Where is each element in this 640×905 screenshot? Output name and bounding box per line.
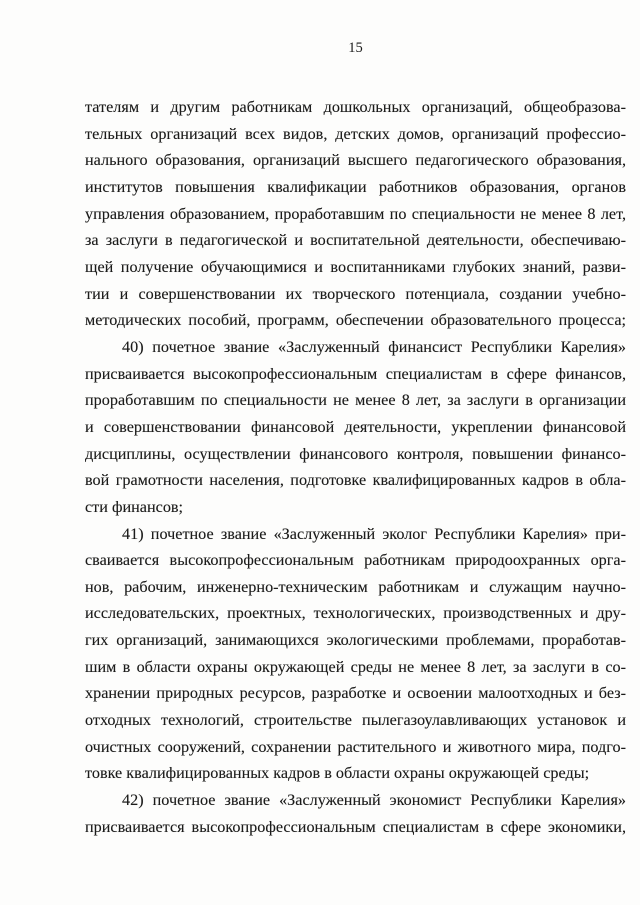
text-line: присваивается высокопрофессиональным спе… <box>85 361 626 388</box>
document-text: тателям и другим работникам дошкольных о… <box>85 94 626 840</box>
text-line: 41) почетное звание «Заслуженный эколог … <box>85 521 626 548</box>
text-line: исследовательских, проектных, технологич… <box>85 600 626 627</box>
page-number: 15 <box>85 40 626 57</box>
text-line: методических пособий, программ, обеспече… <box>85 307 626 334</box>
text-line: нов, рабочим, инженерно-техническим рабо… <box>85 574 626 601</box>
text-line: шим в области охраны окружающей среды не… <box>85 654 626 681</box>
text-line: вой грамотности населения, подготовке кв… <box>85 467 626 494</box>
text-line: тии и совершенствовании их творческого п… <box>85 281 626 308</box>
text-line: тателям и другим работникам дошкольных о… <box>85 94 626 121</box>
text-line: хранении природных ресурсов, разработке … <box>85 680 626 707</box>
text-line: отходных технологий, строительстве пылег… <box>85 707 626 734</box>
text-line: товке квалифицированных кадров в области… <box>85 760 626 787</box>
text-line: управления образованием, проработавшим п… <box>85 201 626 228</box>
text-line: 40) почетное звание «Заслуженный финанси… <box>85 334 626 361</box>
text-line: за заслуги в педагогической и воспитател… <box>85 227 626 254</box>
text-line: очистных сооружений, сохранении растител… <box>85 734 626 761</box>
text-line: присваивается высокопрофессиональным спе… <box>85 814 626 841</box>
text-line: гих организаций, занимающихся экологичес… <box>85 627 626 654</box>
text-line: институтов повышения квалификации работн… <box>85 174 626 201</box>
text-line: и совершенствовании финансовой деятельно… <box>85 414 626 441</box>
text-line: сваивается высокопрофессиональным работн… <box>85 547 626 574</box>
text-line: тельных организаций всех видов, детских … <box>85 121 626 148</box>
document-page: 15 тателям и другим работникам дошкольны… <box>0 0 640 905</box>
text-line: нального образования, организаций высшег… <box>85 147 626 174</box>
text-line: проработавшим по специальности не менее … <box>85 387 626 414</box>
text-line: щей получение обучающимися и воспитанник… <box>85 254 626 281</box>
text-line: дисциплины, осуществлении финансового ко… <box>85 441 626 468</box>
text-line: сти финансов; <box>85 494 626 521</box>
text-line: 42) почетное звание «Заслуженный экономи… <box>85 787 626 814</box>
